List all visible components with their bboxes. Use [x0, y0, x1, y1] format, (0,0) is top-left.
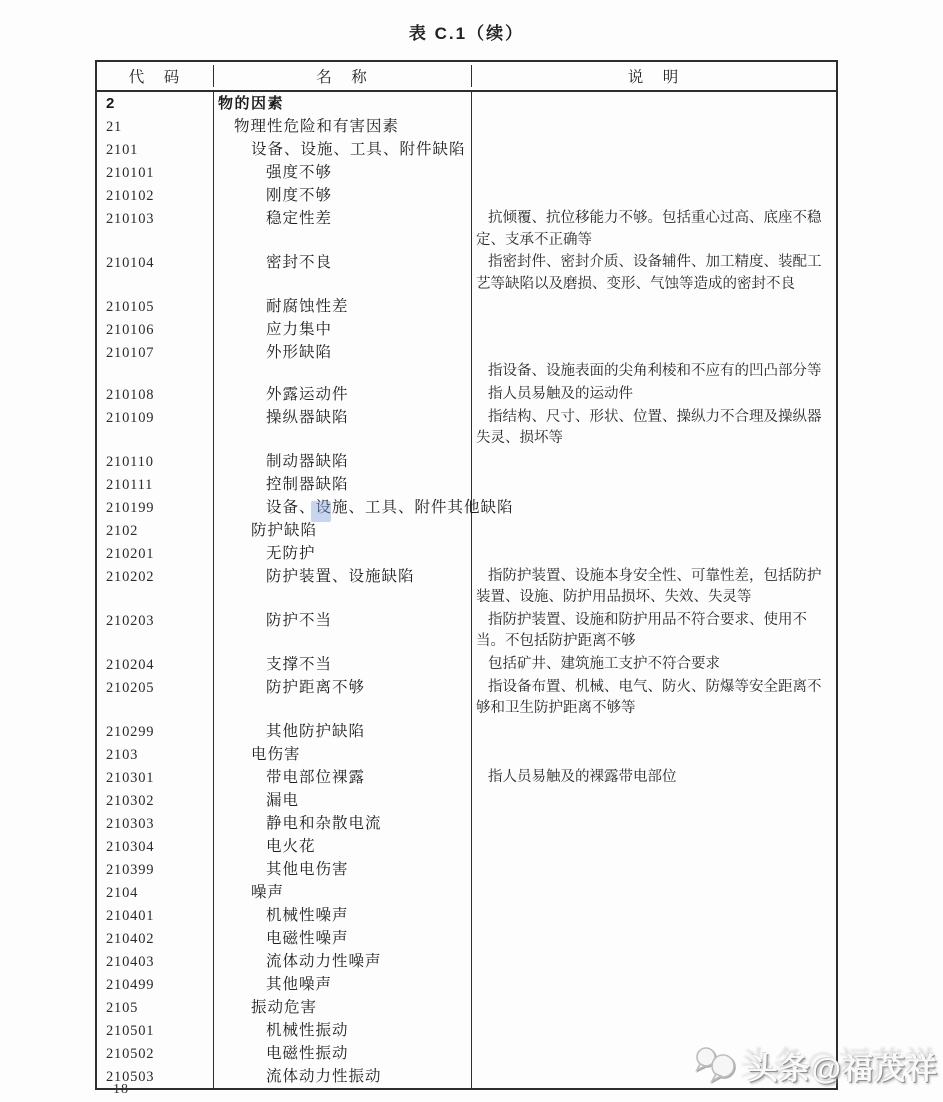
table-row: 210204支撑不当包括矿井、建筑施工支护不符合要求: [97, 653, 836, 676]
name-cell: 电火花: [214, 835, 472, 858]
name-cell: 机械性振动: [214, 1019, 472, 1042]
description-cell: [472, 743, 836, 766]
code-cell: 2: [97, 92, 214, 115]
description-cell: [472, 542, 836, 565]
table-row: 210302漏电: [97, 789, 836, 812]
description-cell: [472, 92, 836, 115]
watermark-text-wrap: 头条@福茂祥 头条@福茂祥: [748, 1044, 939, 1088]
description-cell: [472, 138, 836, 161]
code-cell: 210204: [97, 653, 214, 676]
description-cell: [472, 950, 836, 973]
name-cell: 物理性危险和有害因素: [214, 115, 472, 138]
watermark: 头条@福茂祥 头条@福茂祥: [692, 1038, 939, 1094]
code-cell: 210501: [97, 1019, 214, 1042]
code-cell: 210299: [97, 720, 214, 743]
description-cell: [472, 973, 836, 996]
name-cell: 设备、设施、工具、附件缺陷: [214, 138, 472, 161]
table-row: 21物理性危险和有害因素: [97, 115, 836, 138]
name-cell: 密封不良: [214, 251, 472, 295]
name-cell: 外形缺陷: [214, 341, 472, 383]
code-cell: 210403: [97, 950, 214, 973]
table-row: 210299其他防护缺陷: [97, 720, 836, 743]
name-cell: 其他噪声: [214, 973, 472, 996]
name-cell: 设备、设施、工具、附件其他缺陷: [214, 496, 472, 519]
code-cell: 210107: [97, 341, 214, 383]
name-cell: 防护缺陷: [214, 519, 472, 542]
table-row: 210105耐腐蚀性差: [97, 295, 836, 318]
table-row: 210202防护装置、设施缺陷指防护装置、设施本身安全性、可靠性差，包括防护装置…: [97, 565, 836, 609]
code-cell: 210401: [97, 904, 214, 927]
code-cell: 210303: [97, 812, 214, 835]
name-cell: 静电和杂散电流: [214, 812, 472, 835]
description-cell: [472, 496, 836, 519]
table-row: 210102刚度不够: [97, 184, 836, 207]
name-cell: 防护不当: [214, 609, 472, 653]
description-cell: [472, 881, 836, 904]
description-cell: 指人员易触及的运动件: [472, 383, 836, 406]
name-cell: 控制器缺陷: [214, 473, 472, 496]
table-row: 210101强度不够: [97, 161, 836, 184]
name-cell: 其他电伤害: [214, 858, 472, 881]
description-cell: 指密封件、密封介质、设备辅件、加工精度、装配工艺等缺陷以及磨损、变形、气蚀等造成…: [472, 251, 836, 295]
table-body: 2物的因素21物理性危险和有害因素2101设备、设施、工具、附件缺陷210101…: [97, 92, 836, 1088]
name-cell: 流体动力性噪声: [214, 950, 472, 973]
description-cell: 指结构、尺寸、形状、位置、操纵力不合理及操纵器失灵、损坏等: [472, 406, 836, 450]
watermark-text: 头条@福茂祥: [748, 1053, 939, 1086]
description-cell: [472, 858, 836, 881]
name-cell: 刚度不够: [214, 184, 472, 207]
table-row: 210106应力集中: [97, 318, 836, 341]
description-cell: [472, 835, 836, 858]
code-cell: 210104: [97, 251, 214, 295]
table-row: 210108外露运动件指人员易触及的运动件: [97, 383, 836, 406]
name-cell: 无防护: [214, 542, 472, 565]
description-cell: 指防护装置、设施和防护用品不符合要求、使用不当。不包括防护距离不够: [472, 609, 836, 653]
description-cell: 指人员易触及的裸露带电部位: [472, 766, 836, 789]
code-cell: 210302: [97, 789, 214, 812]
code-cell: 210109: [97, 406, 214, 450]
table-row: 210303静电和杂散电流: [97, 812, 836, 835]
header-code: 代 码: [97, 65, 214, 87]
code-cell: 210111: [97, 473, 214, 496]
table-row: 210201无防护: [97, 542, 836, 565]
table-row: 2105振动危害: [97, 996, 836, 1019]
name-cell: 防护装置、设施缺陷: [214, 565, 472, 609]
name-cell: 物的因素: [214, 92, 472, 115]
table-row: 2物的因素: [97, 92, 836, 115]
description-cell: [472, 161, 836, 184]
code-cell: 210106: [97, 318, 214, 341]
code-cell: 210201: [97, 542, 214, 565]
table-row: 210110制动器缺陷: [97, 450, 836, 473]
table-row: 210203防护不当指防护装置、设施和防护用品不符合要求、使用不当。不包括防护距…: [97, 609, 836, 653]
description-cell: 指设备布置、机械、电气、防火、防爆等安全距离不够和卫生防护距离不够等: [472, 676, 836, 720]
table-row: 2101设备、设施、工具、附件缺陷: [97, 138, 836, 161]
code-cell: 210301: [97, 766, 214, 789]
code-cell: 2104: [97, 881, 214, 904]
table-row: 210499其他噪声: [97, 973, 836, 996]
name-cell: 流体动力性振动: [214, 1065, 472, 1088]
page-number: 18: [113, 1082, 129, 1098]
table-row: 210205防护距离不够指设备布置、机械、电气、防火、防爆等安全距离不够和卫生防…: [97, 676, 836, 720]
name-cell: 外露运动件: [214, 383, 472, 406]
description-cell: [472, 812, 836, 835]
description-cell: 指设备、设施表面的尖角利棱和不应有的凹凸部分等: [472, 341, 836, 383]
name-cell: 应力集中: [214, 318, 472, 341]
table-row: 210301带电部位裸露指人员易触及的裸露带电部位: [97, 766, 836, 789]
table-row: 210111控制器缺陷: [97, 473, 836, 496]
code-cell: 210108: [97, 383, 214, 406]
name-cell: 耐腐蚀性差: [214, 295, 472, 318]
name-cell: 操纵器缺陷: [214, 406, 472, 450]
description-cell: [472, 927, 836, 950]
speech-bubbles-icon: [692, 1043, 742, 1090]
code-cell: 210402: [97, 927, 214, 950]
name-cell: 其他防护缺陷: [214, 720, 472, 743]
table-row: 2103电伤害: [97, 743, 836, 766]
table-row: 2102防护缺陷: [97, 519, 836, 542]
code-cell: 2105: [97, 996, 214, 1019]
description-cell: [472, 450, 836, 473]
table-row: 210109操纵器缺陷指结构、尺寸、形状、位置、操纵力不合理及操纵器失灵、损坏等: [97, 406, 836, 450]
name-cell: 电伤害: [214, 743, 472, 766]
code-cell: 2101: [97, 138, 214, 161]
description-cell: 指防护装置、设施本身安全性、可靠性差，包括防护装置、设施、防护用品损坏、失效、失…: [472, 565, 836, 609]
name-cell: 防护距离不够: [214, 676, 472, 720]
code-cell: 21: [97, 115, 214, 138]
description-cell: [472, 473, 836, 496]
code-cell: 210203: [97, 609, 214, 653]
code-cell: 210101: [97, 161, 214, 184]
code-cell: 210110: [97, 450, 214, 473]
description-cell: [472, 996, 836, 1019]
code-cell: 210499: [97, 973, 214, 996]
description-cell: [472, 904, 836, 927]
description-cell: 包括矿井、建筑施工支护不符合要求: [472, 653, 836, 676]
description-cell: [472, 184, 836, 207]
code-cell: 210103: [97, 207, 214, 251]
code-cell: 210202: [97, 565, 214, 609]
name-cell: 制动器缺陷: [214, 450, 472, 473]
description-cell: [472, 295, 836, 318]
name-cell: 机械性噪声: [214, 904, 472, 927]
header-description: 说 明: [472, 65, 836, 87]
description-cell: [472, 720, 836, 743]
code-cell: 210304: [97, 835, 214, 858]
name-cell: 强度不够: [214, 161, 472, 184]
code-cell: 210105: [97, 295, 214, 318]
description-cell: [472, 115, 836, 138]
name-cell: 振动危害: [214, 996, 472, 1019]
description-cell: [472, 519, 836, 542]
name-cell: 支撑不当: [214, 653, 472, 676]
table-row: 210402电磁性噪声: [97, 927, 836, 950]
code-cell: 210102: [97, 184, 214, 207]
name-cell: 带电部位裸露: [214, 766, 472, 789]
page-title: 表 C.1（续）: [95, 19, 838, 44]
description-cell: [472, 789, 836, 812]
table-row: 210399其他电伤害: [97, 858, 836, 881]
table-header-row: 代 码 名 称 说 明: [97, 62, 836, 92]
name-cell: 电磁性振动: [214, 1042, 472, 1065]
table-row: 210403流体动力性噪声: [97, 950, 836, 973]
name-cell: 噪声: [214, 881, 472, 904]
code-cell: 210199: [97, 496, 214, 519]
table-row: 210104密封不良指密封件、密封介质、设备辅件、加工精度、装配工艺等缺陷以及磨…: [97, 251, 836, 295]
description-cell: 抗倾覆、抗位移能力不够。包括重心过高、底座不稳定、支承不正确等: [472, 207, 836, 251]
table-row: 210401机械性噪声: [97, 904, 836, 927]
table-row: 210103稳定性差抗倾覆、抗位移能力不够。包括重心过高、底座不稳定、支承不正确…: [97, 207, 836, 251]
scan-highlight-artifact: [311, 501, 331, 522]
header-name: 名 称: [214, 65, 472, 87]
code-cell: 2102: [97, 519, 214, 542]
name-cell: 漏电: [214, 789, 472, 812]
table-row: 210304电火花: [97, 835, 836, 858]
table-row: 210107外形缺陷指设备、设施表面的尖角利棱和不应有的凹凸部分等: [97, 341, 836, 383]
code-cell: 2103: [97, 743, 214, 766]
name-cell: 电磁性噪声: [214, 927, 472, 950]
hazard-code-table: 代 码 名 称 说 明 2物的因素21物理性危险和有害因素2101设备、设施、工…: [95, 60, 838, 1090]
code-cell: 210399: [97, 858, 214, 881]
code-cell: 210205: [97, 676, 214, 720]
code-cell: 210502: [97, 1042, 214, 1065]
description-cell: [472, 318, 836, 341]
name-cell: 稳定性差: [214, 207, 472, 251]
table-row: 2104噪声: [97, 881, 836, 904]
table-row: 210199设备、设施、工具、附件其他缺陷: [97, 496, 836, 519]
